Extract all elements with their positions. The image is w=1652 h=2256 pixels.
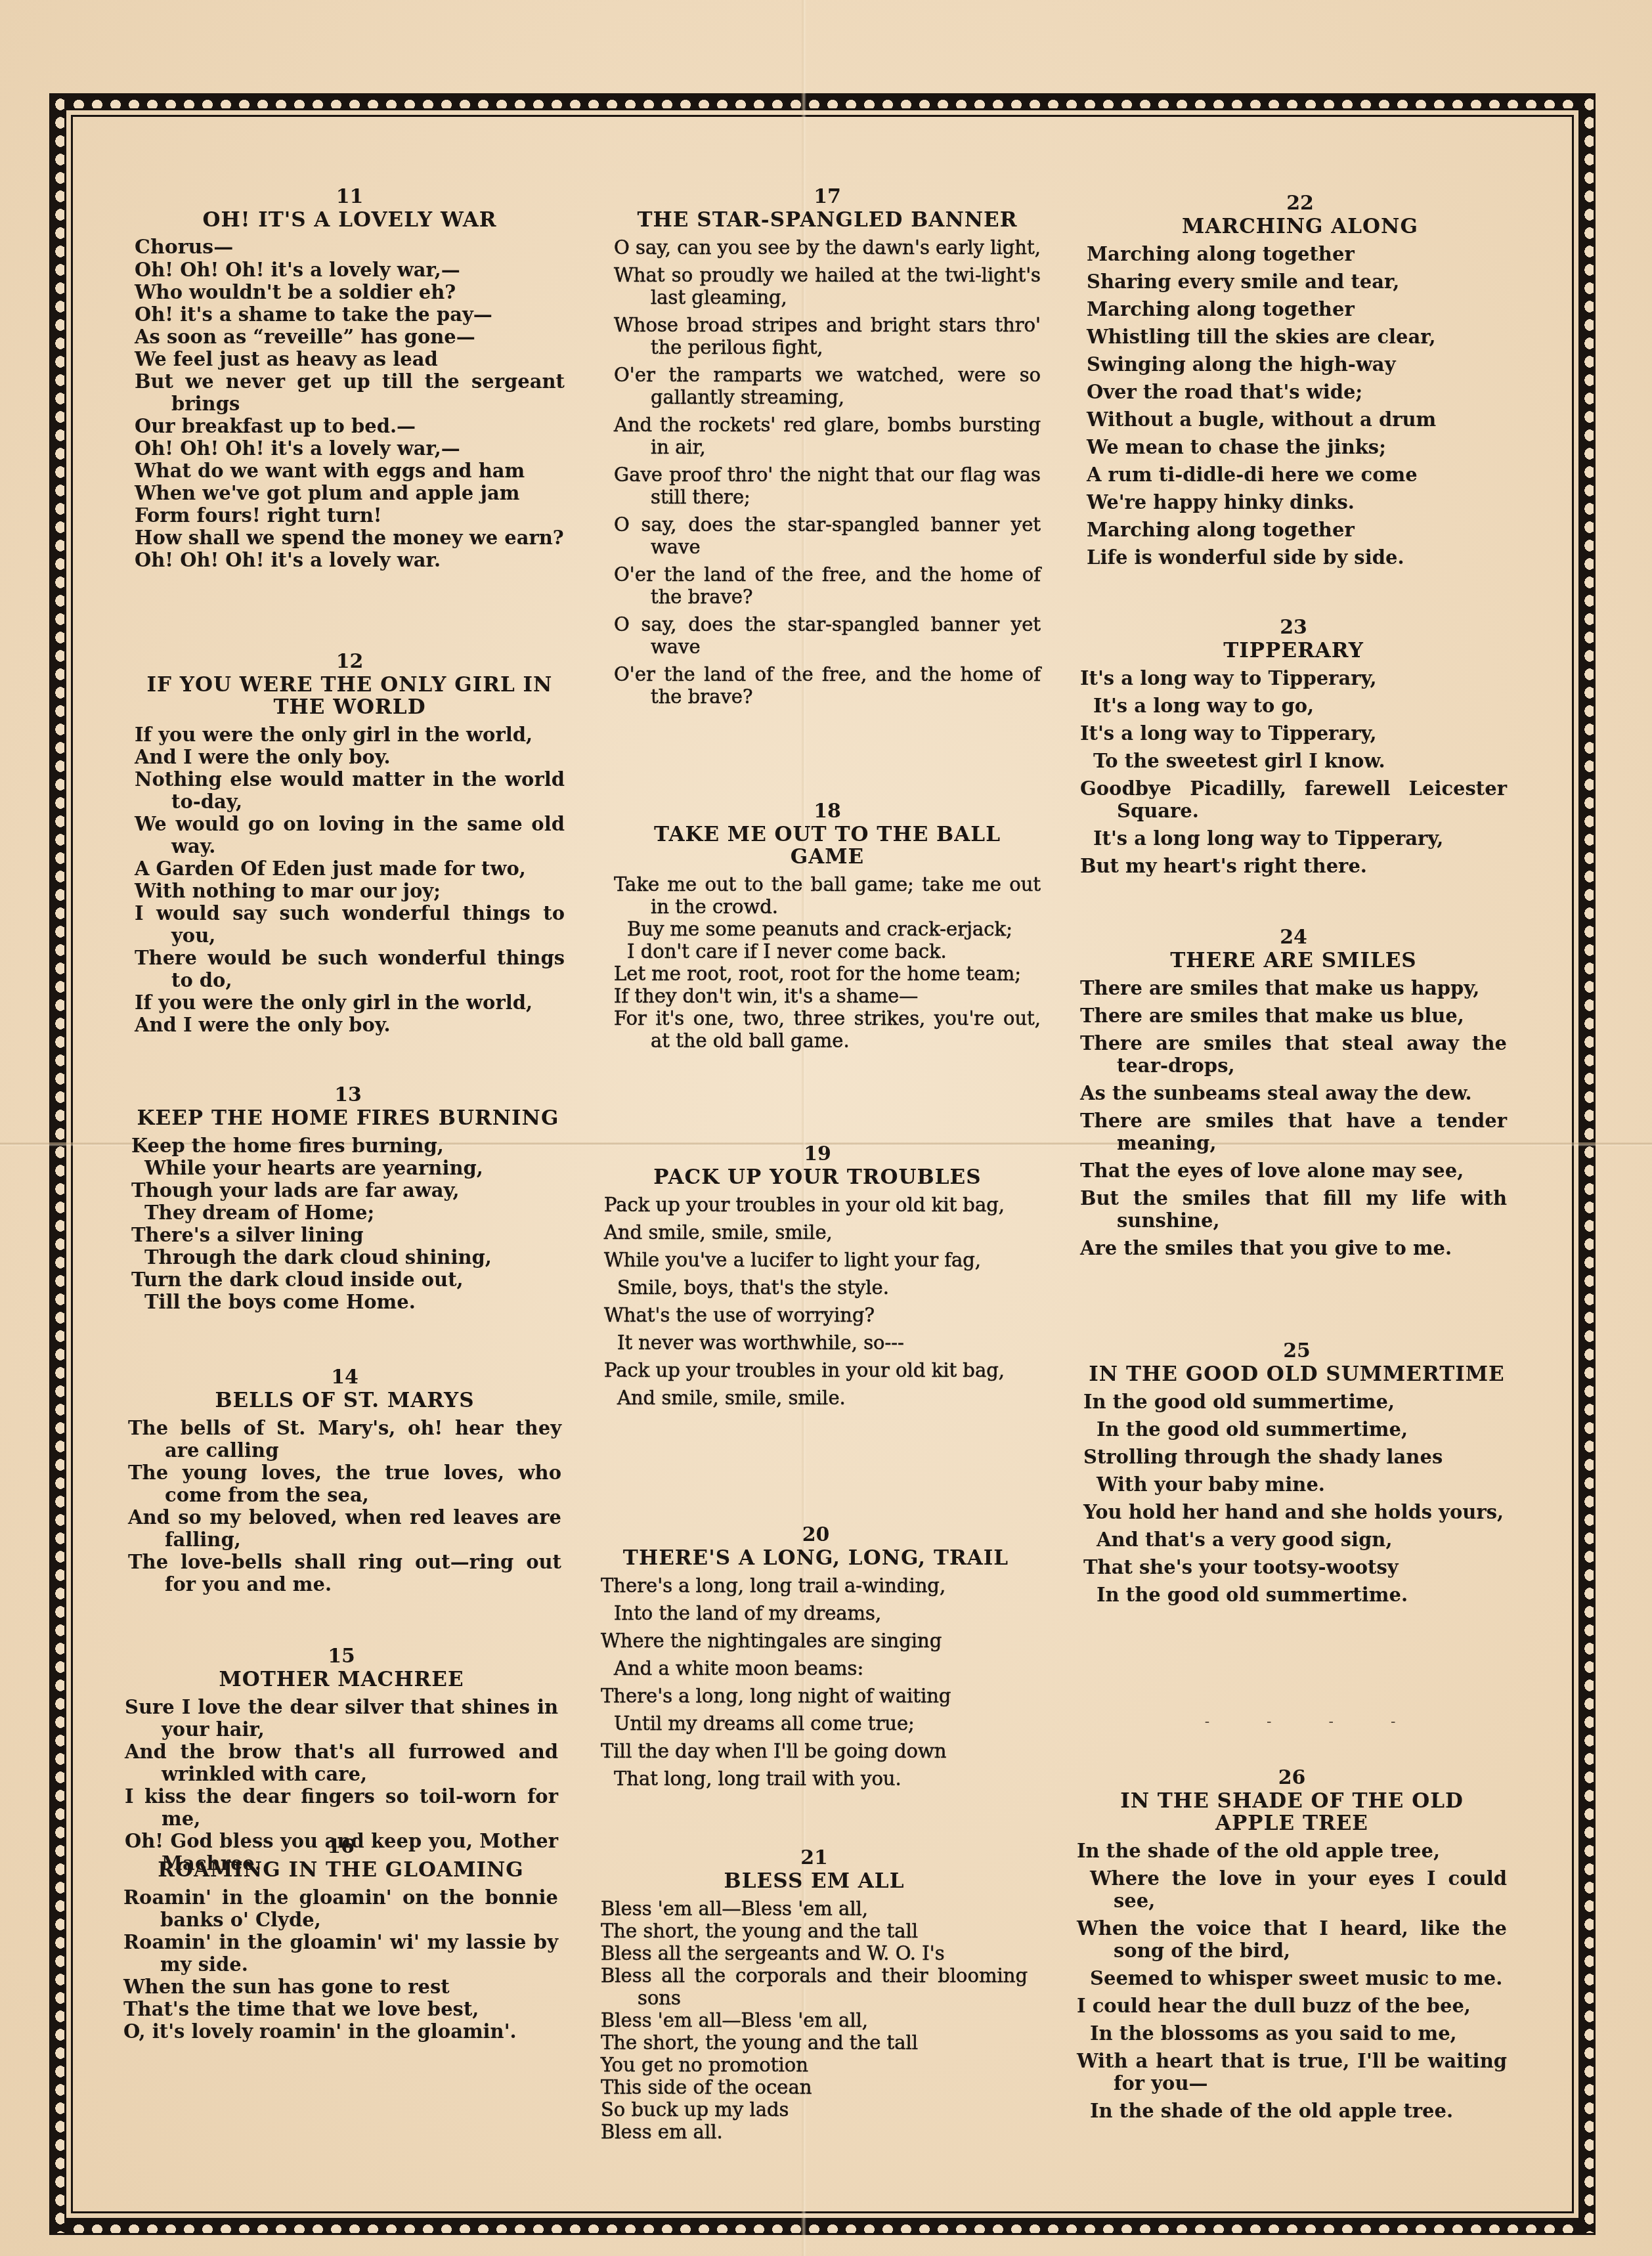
ornamental-border-top	[49, 93, 1596, 110]
lyric-line: When the sun has gone to rest	[123, 1976, 558, 1998]
lyric-line: O'er the ramparts we watched, were so ga…	[614, 364, 1041, 408]
lyric-line: A Garden Of Eden just made for two,	[135, 857, 565, 880]
lyric-line: So buck up my lads	[601, 2098, 1028, 2121]
song-lyrics: Pack up your troubles in your old kit ba…	[604, 1194, 1031, 1409]
song-title: PACK UP YOUR TROUBLES	[604, 1166, 1031, 1188]
lyric-line: Though your lads are far away,	[131, 1179, 565, 1202]
lyric-line: I could hear the dull buzz of the bee,	[1077, 1995, 1507, 2017]
lyric-line: Oh! Oh! Oh! it's a lovely war.	[135, 549, 565, 571]
lyric-line: We mean to chase the jinks;	[1087, 436, 1513, 458]
lyric-line: There would be such wonderful things to …	[135, 947, 565, 991]
lyric-line: You get no promotion	[601, 2054, 1028, 2076]
lyric-line: Keep the home fires burning,	[131, 1135, 565, 1157]
lyric-line: What so proudly we hailed at the twi-lig…	[614, 264, 1041, 309]
song-number: 19	[604, 1142, 1031, 1166]
lyric-line: Bless all the corporals and their bloomi…	[601, 1964, 1028, 2009]
lyric-line: O, it's lovely roamin' in the gloamin'.	[123, 2020, 558, 2043]
song-title: IN THE GOOD OLD SUMMERTIME	[1083, 1363, 1510, 1385]
lyric-line: In the shade of the old apple tree,	[1077, 1840, 1507, 1862]
lyric-line: When the voice that I heard, like the so…	[1077, 1917, 1507, 1962]
lyric-line: And that's a very good sign,	[1083, 1529, 1510, 1551]
song-number: 23	[1080, 616, 1507, 640]
lyric-line: And smile, smile, smile.	[604, 1387, 1031, 1409]
lyric-line: What do we want with eggs and ham	[135, 460, 565, 482]
song-lyrics: There's a long, long trail a-winding,Int…	[601, 1574, 1031, 1790]
song-title: IN THE SHADE OF THE OLD APPLE TREE	[1077, 1790, 1507, 1834]
lyric-line: Life is wonderful side by side.	[1087, 546, 1513, 569]
lyric-line: To the sweetest girl I know.	[1080, 750, 1507, 772]
lyric-line: And so my beloved, when red leaves are f…	[128, 1506, 561, 1551]
lyric-line: O'er the land of the free, and the home …	[614, 663, 1041, 708]
lyric-line: In the good old summertime,	[1083, 1391, 1510, 1413]
lyric-line: Swinging along the high-way	[1087, 353, 1513, 376]
ornamental-border-right	[1578, 93, 1596, 2235]
lyric-line: Until my dreams all come true;	[601, 1712, 1031, 1735]
lyric-line: We would go on loving in the same old wa…	[135, 813, 565, 857]
lyric-line: It's a long way to go,	[1080, 695, 1507, 717]
song-number: 12	[135, 650, 565, 674]
song-lyrics: In the good old summertime,In the good o…	[1083, 1391, 1510, 1606]
song-title: BELLS OF ST. MARYS	[128, 1389, 561, 1412]
lyric-line: The short, the young and the tall	[601, 1920, 1028, 1942]
song-number: 15	[125, 1645, 558, 1668]
lyric-line: This side of the ocean	[601, 2076, 1028, 2098]
lyric-line: That she's your tootsy-wootsy	[1083, 1556, 1510, 1578]
lyric-line: Marching along together	[1087, 243, 1513, 265]
song-25: 25 IN THE GOOD OLD SUMMERTIME In the goo…	[1083, 1339, 1510, 1611]
song-number: 22	[1087, 192, 1513, 215]
song-number: 13	[131, 1083, 565, 1107]
lyric-line: There are smiles that make us happy,	[1080, 977, 1507, 999]
lyric-line: We're happy hinky dinks.	[1087, 491, 1513, 513]
song-20: 20 THERE'S A LONG, LONG, TRAIL There's a…	[601, 1523, 1031, 1795]
lyric-line: And a white moon beams:	[601, 1657, 1031, 1680]
lyric-line: Buy me some peanuts and crack-erjack;	[614, 918, 1041, 940]
song-number: 16	[123, 1835, 558, 1859]
lyric-line: The young loves, the true loves, who com…	[128, 1462, 561, 1506]
lyric-line: It never was worthwhile, so---	[604, 1332, 1031, 1354]
lyric-line: Bless all the sergeants and W. O. I's	[601, 1942, 1028, 1964]
lyric-line: The short, the young and the tall	[601, 2031, 1028, 2054]
lyric-line: As the sunbeams steal away the dew.	[1080, 1082, 1507, 1104]
song-24: 24 THERE ARE SMILES There are smiles tha…	[1080, 926, 1507, 1265]
lyric-line: Whose broad stripes and bright stars thr…	[614, 314, 1041, 358]
song-title: IF YOU WERE THE ONLY GIRL IN THE WORLD	[135, 674, 565, 718]
song-title: OH! IT'S A LOVELY WAR	[135, 209, 565, 231]
lyric-line: There's a silver lining	[131, 1224, 565, 1246]
lyric-line: Till the boys come Home.	[131, 1291, 565, 1313]
lyric-line: And the brow that's all furrowed and wri…	[125, 1741, 558, 1785]
lyric-line: Roamin' in the gloamin' wi' my lassie by…	[123, 1931, 558, 1976]
song-13: 13 KEEP THE HOME FIRES BURNING Keep the …	[131, 1083, 565, 1313]
lyric-line: Into the land of my dreams,	[601, 1602, 1031, 1624]
song-title: THE STAR-SPANGLED BANNER	[614, 209, 1041, 231]
lyric-line: It's a long long way to Tipperary,	[1080, 827, 1507, 850]
lyric-line: Marching along together	[1087, 519, 1513, 541]
song-lyrics: If you were the only girl in the world,A…	[135, 724, 565, 1036]
lyric-line: They dream of Home;	[131, 1202, 565, 1224]
song-title: KEEP THE HOME FIRES BURNING	[131, 1107, 565, 1129]
lyric-line: In the good old summertime,	[1083, 1418, 1510, 1441]
song-title: TAKE ME OUT TO THE BALL GAME	[614, 823, 1041, 868]
lyric-line: Pack up your troubles in your old kit ba…	[604, 1194, 1031, 1216]
lyric-line: With nothing to mar our joy;	[135, 880, 565, 902]
lyric-line: Seemed to whisper sweet music to me.	[1077, 1967, 1507, 1989]
lyric-line: O'er the land of the free, and the home …	[614, 563, 1041, 608]
lyric-line: How shall we spend the money we earn?	[135, 527, 565, 549]
lyric-line: I would say such wonderful things to you…	[135, 902, 565, 947]
lyric-line: Who wouldn't be a soldier eh?	[135, 281, 565, 303]
song-14: 14 BELLS OF ST. MARYS The bells of St. M…	[128, 1366, 561, 1595]
lyric-line: With a heart that is true, I'll be waiti…	[1077, 2050, 1507, 2094]
lyric-line: Goodbye Picadilly, farewell Leicester Sq…	[1080, 777, 1507, 822]
lyric-line: That long, long trail with you.	[601, 1768, 1031, 1790]
lyric-line: In the shade of the old apple tree.	[1077, 2100, 1507, 2122]
song-title: BLESS EM ALL	[601, 1870, 1028, 1892]
lyric-line: We feel just as heavy as lead	[135, 348, 565, 370]
lyric-line: With your baby mine.	[1083, 1473, 1510, 1496]
song-title: THERE ARE SMILES	[1080, 949, 1507, 972]
song-lyrics: The bells of St. Mary's, oh! hear they a…	[128, 1417, 561, 1595]
lyric-line: Sharing every smile and tear,	[1087, 271, 1513, 293]
printer-dash-marks: - - - -	[1083, 1714, 1543, 1730]
lyric-line: While you've a lucifer to light your fag…	[604, 1249, 1031, 1271]
song-16: 16 ROAMING IN THE GLOAMING Roamin' in th…	[123, 1835, 558, 2043]
song-lyrics: Take me out to the ball game; take me ou…	[614, 873, 1041, 1052]
ornamental-border-bottom	[49, 2218, 1596, 2235]
lyric-line: Marching along together	[1087, 298, 1513, 320]
song-lyrics: Bless 'em all—Bless 'em all,The short, t…	[601, 1898, 1028, 2143]
song-lyrics: Oh! Oh! Oh! it's a lovely war,—Who would…	[135, 259, 565, 571]
song-number: 26	[1077, 1766, 1507, 1790]
lyric-line: You hold her hand and she holds yours,	[1083, 1501, 1510, 1523]
lyric-line: Smile, boys, that's the style.	[604, 1276, 1031, 1299]
song-11: 11 OH! IT'S A LOVELY WAR Chorus— Oh! Oh!…	[135, 185, 565, 571]
song-title: ROAMING IN THE GLOAMING	[123, 1859, 558, 1881]
song-lyrics: There are smiles that make us happy,Ther…	[1080, 977, 1507, 1259]
lyric-line: In the good old summertime.	[1083, 1584, 1510, 1606]
lyric-line: Through the dark cloud shining,	[131, 1246, 565, 1269]
song-lyrics: It's a long way to Tipperary,It's a long…	[1080, 667, 1507, 877]
lyric-line: Where the nightingales are singing	[601, 1630, 1031, 1652]
lyric-line: That's the time that we love best,	[123, 1998, 558, 2020]
song-number: 24	[1080, 926, 1507, 949]
lyric-line: O say, does the star-spangled banner yet…	[614, 613, 1041, 658]
lyric-line: Till the day when I'll be going down	[601, 1740, 1031, 1762]
lyric-line: There are smiles that make us blue,	[1080, 1005, 1507, 1027]
lyric-line: Let me root, root, root for the home tea…	[614, 963, 1041, 985]
song-number: 11	[135, 185, 565, 209]
lyric-line: Our breakfast up to bed.—	[135, 415, 565, 437]
lyric-line: If you were the only girl in the world,	[135, 991, 565, 1014]
song-lyrics: O say, can you see by the dawn's early l…	[614, 236, 1041, 708]
lyric-line: And I were the only boy.	[135, 1014, 565, 1036]
lyric-line: I kiss the dear fingers so toil-worn for…	[125, 1785, 558, 1830]
lyric-line: If they don't win, it's a shame—	[614, 985, 1041, 1007]
lyric-line: But we never get up till the sergeant br…	[135, 370, 565, 415]
song-title: TIPPERARY	[1080, 640, 1507, 662]
song-12: 12 IF YOU WERE THE ONLY GIRL IN THE WORL…	[135, 650, 565, 1036]
lyric-line: What's the use of worrying?	[604, 1304, 1031, 1326]
lyric-line: O say, can you see by the dawn's early l…	[614, 236, 1041, 259]
lyric-line: Take me out to the ball game; take me ou…	[614, 873, 1041, 918]
ornamental-border-left	[49, 93, 66, 2235]
lyric-line: But my heart's right there.	[1080, 855, 1507, 877]
lyric-line: Oh! Oh! Oh! it's a lovely war,—	[135, 437, 565, 460]
lyric-line: It's a long way to Tipperary,	[1080, 722, 1507, 745]
lyric-line: Whistling till the skies are clear,	[1087, 326, 1513, 348]
lyric-line: While your hearts are yearning,	[131, 1157, 565, 1179]
lyric-line: Where the love in your eyes I could see,	[1077, 1867, 1507, 1912]
song-lyrics: Marching along togetherSharing every smi…	[1087, 243, 1513, 569]
lyric-line: A rum ti-didle-di here we come	[1087, 464, 1513, 486]
lyric-line: Roamin' in the gloamin' on the bonnie ba…	[123, 1886, 558, 1931]
lyric-line: Sure I love the dear silver that shines …	[125, 1696, 558, 1741]
song-lyrics: In the shade of the old apple tree,Where…	[1077, 1840, 1507, 2122]
song-lyrics: Keep the home fires burning,While your h…	[131, 1135, 565, 1313]
song-number: 25	[1083, 1339, 1510, 1363]
lyric-line: When we've got plum and apple jam	[135, 482, 565, 504]
lyric-line: There are smiles that have a tender mean…	[1080, 1110, 1507, 1154]
lyric-line: There are smiles that steal away the tea…	[1080, 1032, 1507, 1077]
lyric-line: Pack up your troubles in your old kit ba…	[604, 1359, 1031, 1381]
lyric-line: Turn the dark cloud inside out,	[131, 1269, 565, 1291]
lyric-line: But the smiles that fill my life with su…	[1080, 1187, 1507, 1232]
lyric-line: And the rockets' red glare, bombs bursti…	[614, 414, 1041, 458]
lyric-line: Bless em all.	[601, 2121, 1028, 2143]
lyric-line: Oh! Oh! Oh! it's a lovely war,—	[135, 259, 565, 281]
song-22: 22 MARCHING ALONG Marching along togethe…	[1087, 192, 1513, 574]
song-number: 21	[601, 1846, 1028, 1870]
song-title: THERE'S A LONG, LONG, TRAIL	[601, 1547, 1031, 1569]
song-number: 18	[614, 800, 1041, 823]
lyric-line: Strolling through the shady lanes	[1083, 1446, 1510, 1468]
song-number: 17	[614, 185, 1041, 209]
lyric-line: If you were the only girl in the world,	[135, 724, 565, 746]
lyric-line: As soon as “reveille” has gone—	[135, 326, 565, 348]
lyric-line: That the eyes of love alone may see,	[1080, 1160, 1507, 1182]
song-26: 26 IN THE SHADE OF THE OLD APPLE TREE In…	[1077, 1766, 1507, 2127]
song-title: MARCHING ALONG	[1087, 215, 1513, 238]
song-18: 18 TAKE ME OUT TO THE BALL GAME Take me …	[614, 800, 1041, 1052]
lyric-line: It's a long way to Tipperary,	[1080, 667, 1507, 689]
lyric-line: There's a long, long trail a-winding,	[601, 1574, 1031, 1597]
lyric-line: Oh! it's a shame to take the pay—	[135, 303, 565, 326]
song-19: 19 PACK UP YOUR TROUBLES Pack up your tr…	[604, 1142, 1031, 1414]
lyric-line: There's a long, long night of waiting	[601, 1685, 1031, 1707]
lyric-line: Bless 'em all—Bless 'em all,	[601, 1898, 1028, 1920]
lyric-line: Nothing else would matter in the world t…	[135, 768, 565, 813]
lyric-line: Gave proof thro' the night that our flag…	[614, 464, 1041, 508]
lyric-line: The bells of St. Mary's, oh! hear they a…	[128, 1417, 561, 1462]
lyric-line: And smile, smile, smile,	[604, 1221, 1031, 1244]
lyric-line: In the blossoms as you said to me,	[1077, 2022, 1507, 2045]
song-lyrics: Roamin' in the gloamin' on the bonnie ba…	[123, 1886, 558, 2043]
lyric-line: The love-bells shall ring out—ring out f…	[128, 1551, 561, 1595]
lyric-line: I don't care if I never come back.	[614, 940, 1041, 963]
lyric-line: Without a bugle, without a drum	[1087, 408, 1513, 431]
lyric-line: Form fours! right turn!	[135, 504, 565, 527]
lyric-line: Bless 'em all—Bless 'em all,	[601, 2009, 1028, 2031]
song-17: 17 THE STAR-SPANGLED BANNER O say, can y…	[614, 185, 1041, 713]
lyric-line: Over the road that's wide;	[1087, 381, 1513, 403]
chorus-label: Chorus—	[135, 236, 565, 259]
lyric-line: Are the smiles that you give to me.	[1080, 1237, 1507, 1259]
song-number: 14	[128, 1366, 561, 1389]
song-title: MOTHER MACHREE	[125, 1668, 558, 1691]
lyric-line: For it's one, two, three strikes, you're…	[614, 1007, 1041, 1052]
song-21: 21 BLESS EM ALL Bless 'em all—Bless 'em …	[601, 1846, 1028, 2143]
lyric-line: O say, does the star-spangled banner yet…	[614, 513, 1041, 558]
lyric-line: And I were the only boy.	[135, 746, 565, 768]
song-number: 20	[601, 1523, 1031, 1547]
song-23: 23 TIPPERARY It's a long way to Tipperar…	[1080, 616, 1507, 882]
